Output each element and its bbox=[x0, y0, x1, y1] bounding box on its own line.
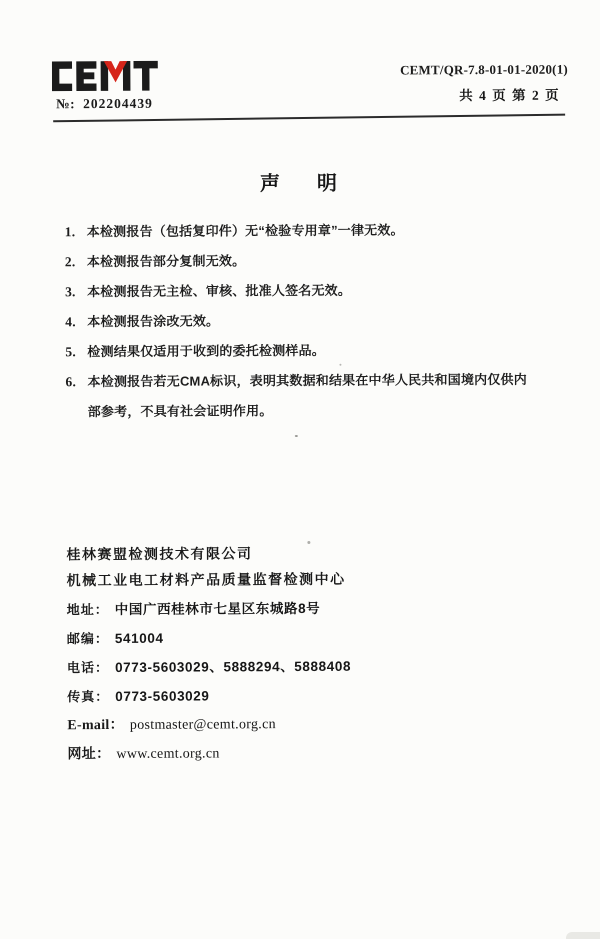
phone-value: 0773-5603029、5888294、5888408 bbox=[115, 652, 351, 682]
postcode-value: 541004 bbox=[115, 624, 164, 653]
statement-number: 1. bbox=[65, 217, 87, 247]
statement-list: 1. 本检测报告（包括复印件）无“检验专用章”一律无效。 2. 本检测报告部分复… bbox=[65, 215, 538, 427]
contact-list: 地址： 中国广西桂林市七星区东城路8号 邮编： 541004 电话： 0773-… bbox=[67, 593, 538, 769]
statement-text: 本检测报告部分复制无效。 bbox=[87, 245, 537, 277]
address-value: 中国广西桂林市七星区东城路8号 bbox=[115, 594, 321, 624]
email-label: E-mail： bbox=[67, 711, 124, 740]
statement-number: 3. bbox=[65, 277, 87, 307]
email-value: postmaster@cemt.org.cn bbox=[130, 710, 276, 740]
statement-number: 4. bbox=[65, 307, 87, 337]
page-content: №:202204439 CEMT/QR-7.8-01-01-2020(1) 共 … bbox=[0, 0, 600, 939]
company-info-block: 桂林赛盟检测技术有限公司 机械工业电工材料产品质量监督检测中心 地址： 中国广西… bbox=[66, 539, 537, 769]
company-subtitle: 机械工业电工材料产品质量监督检测中心 bbox=[67, 565, 537, 593]
scan-speck bbox=[295, 435, 298, 437]
statement-item: 4. 本检测报告涂改无效。 bbox=[65, 305, 537, 337]
page-count: 共 4 页 第 2 页 bbox=[400, 84, 560, 105]
contact-row-address: 地址： 中国广西桂林市七星区东城路8号 bbox=[67, 593, 537, 624]
scan-speck bbox=[339, 364, 341, 366]
report-number-label: №: bbox=[56, 96, 75, 111]
page-title: 声 明 bbox=[0, 165, 599, 197]
website-label: 网址： bbox=[67, 740, 110, 769]
title-char-2: 明 bbox=[317, 167, 337, 196]
statement-text: 本检测报告（包括复印件）无“检验专用章”一律无效。 bbox=[87, 215, 537, 247]
title-char-1: 声 bbox=[260, 167, 280, 196]
statement-item: 2. 本检测报告部分复制无效。 bbox=[65, 245, 537, 277]
phone-label: 电话： bbox=[67, 653, 109, 682]
report-number: №:202204439 bbox=[56, 96, 153, 113]
contact-row-phone: 电话： 0773-5603029、5888294、5888408 bbox=[67, 651, 537, 682]
header-divider bbox=[53, 114, 565, 123]
statement-text: 本检测报告若无CMA标识，表明其数据和结果在中华人民共和国境内仅供内部参考，不具… bbox=[87, 365, 537, 427]
fax-value: 0773-5603029 bbox=[115, 681, 209, 710]
statement-text: 本检测报告涂改无效。 bbox=[87, 305, 537, 337]
statement-number: 2. bbox=[65, 247, 87, 277]
logo-letter-e bbox=[76, 61, 96, 91]
scan-speck bbox=[307, 541, 310, 544]
logo-letter-c bbox=[52, 61, 72, 91]
contact-row-postcode: 邮编： 541004 bbox=[67, 622, 537, 653]
scanned-report-page: №:202204439 CEMT/QR-7.8-01-01-2020(1) 共 … bbox=[0, 0, 600, 939]
statement-text: 本检测报告无主检、审核、批准人签名无效。 bbox=[87, 275, 537, 307]
statement-item: 5. 检测结果仅适用于收到的委托检测样品。 bbox=[65, 335, 537, 367]
statement-text: 检测结果仅适用于收到的委托检测样品。 bbox=[87, 335, 537, 367]
statement-item: 3. 本检测报告无主检、审核、批准人签名无效。 bbox=[65, 275, 537, 307]
website-value: www.cemt.org.cn bbox=[116, 739, 219, 769]
address-label: 地址： bbox=[67, 595, 109, 624]
cemt-logo-graphic bbox=[52, 60, 158, 93]
document-code: CEMT/QR-7.8-01-01-2020(1) bbox=[400, 62, 568, 79]
contact-row-website: 网址： www.cemt.org.cn bbox=[67, 738, 537, 769]
company-name: 桂林赛盟检测技术有限公司 bbox=[66, 539, 536, 567]
statement-item: 1. 本检测报告（包括复印件）无“检验专用章”一律无效。 bbox=[65, 215, 537, 247]
logo-letter-t bbox=[133, 61, 158, 91]
postcode-label: 邮编： bbox=[67, 624, 109, 653]
statement-item: 6. 本检测报告若无CMA标识，表明其数据和结果在中华人民共和国境内仅供内部参考… bbox=[65, 365, 537, 427]
statement-number: 5. bbox=[65, 337, 87, 367]
contact-row-email: E-mail： postmaster@cemt.org.cn bbox=[67, 709, 537, 740]
header-right-block: CEMT/QR-7.8-01-01-2020(1) 共 4 页 第 2 页 bbox=[400, 62, 568, 105]
cemt-logo bbox=[52, 60, 158, 93]
contact-row-fax: 传真： 0773-5603029 bbox=[67, 680, 537, 711]
report-number-value: 202204439 bbox=[83, 96, 153, 111]
statement-number: 6. bbox=[65, 367, 87, 397]
scan-edge-smudge bbox=[566, 932, 600, 939]
fax-label: 传真： bbox=[67, 682, 109, 711]
